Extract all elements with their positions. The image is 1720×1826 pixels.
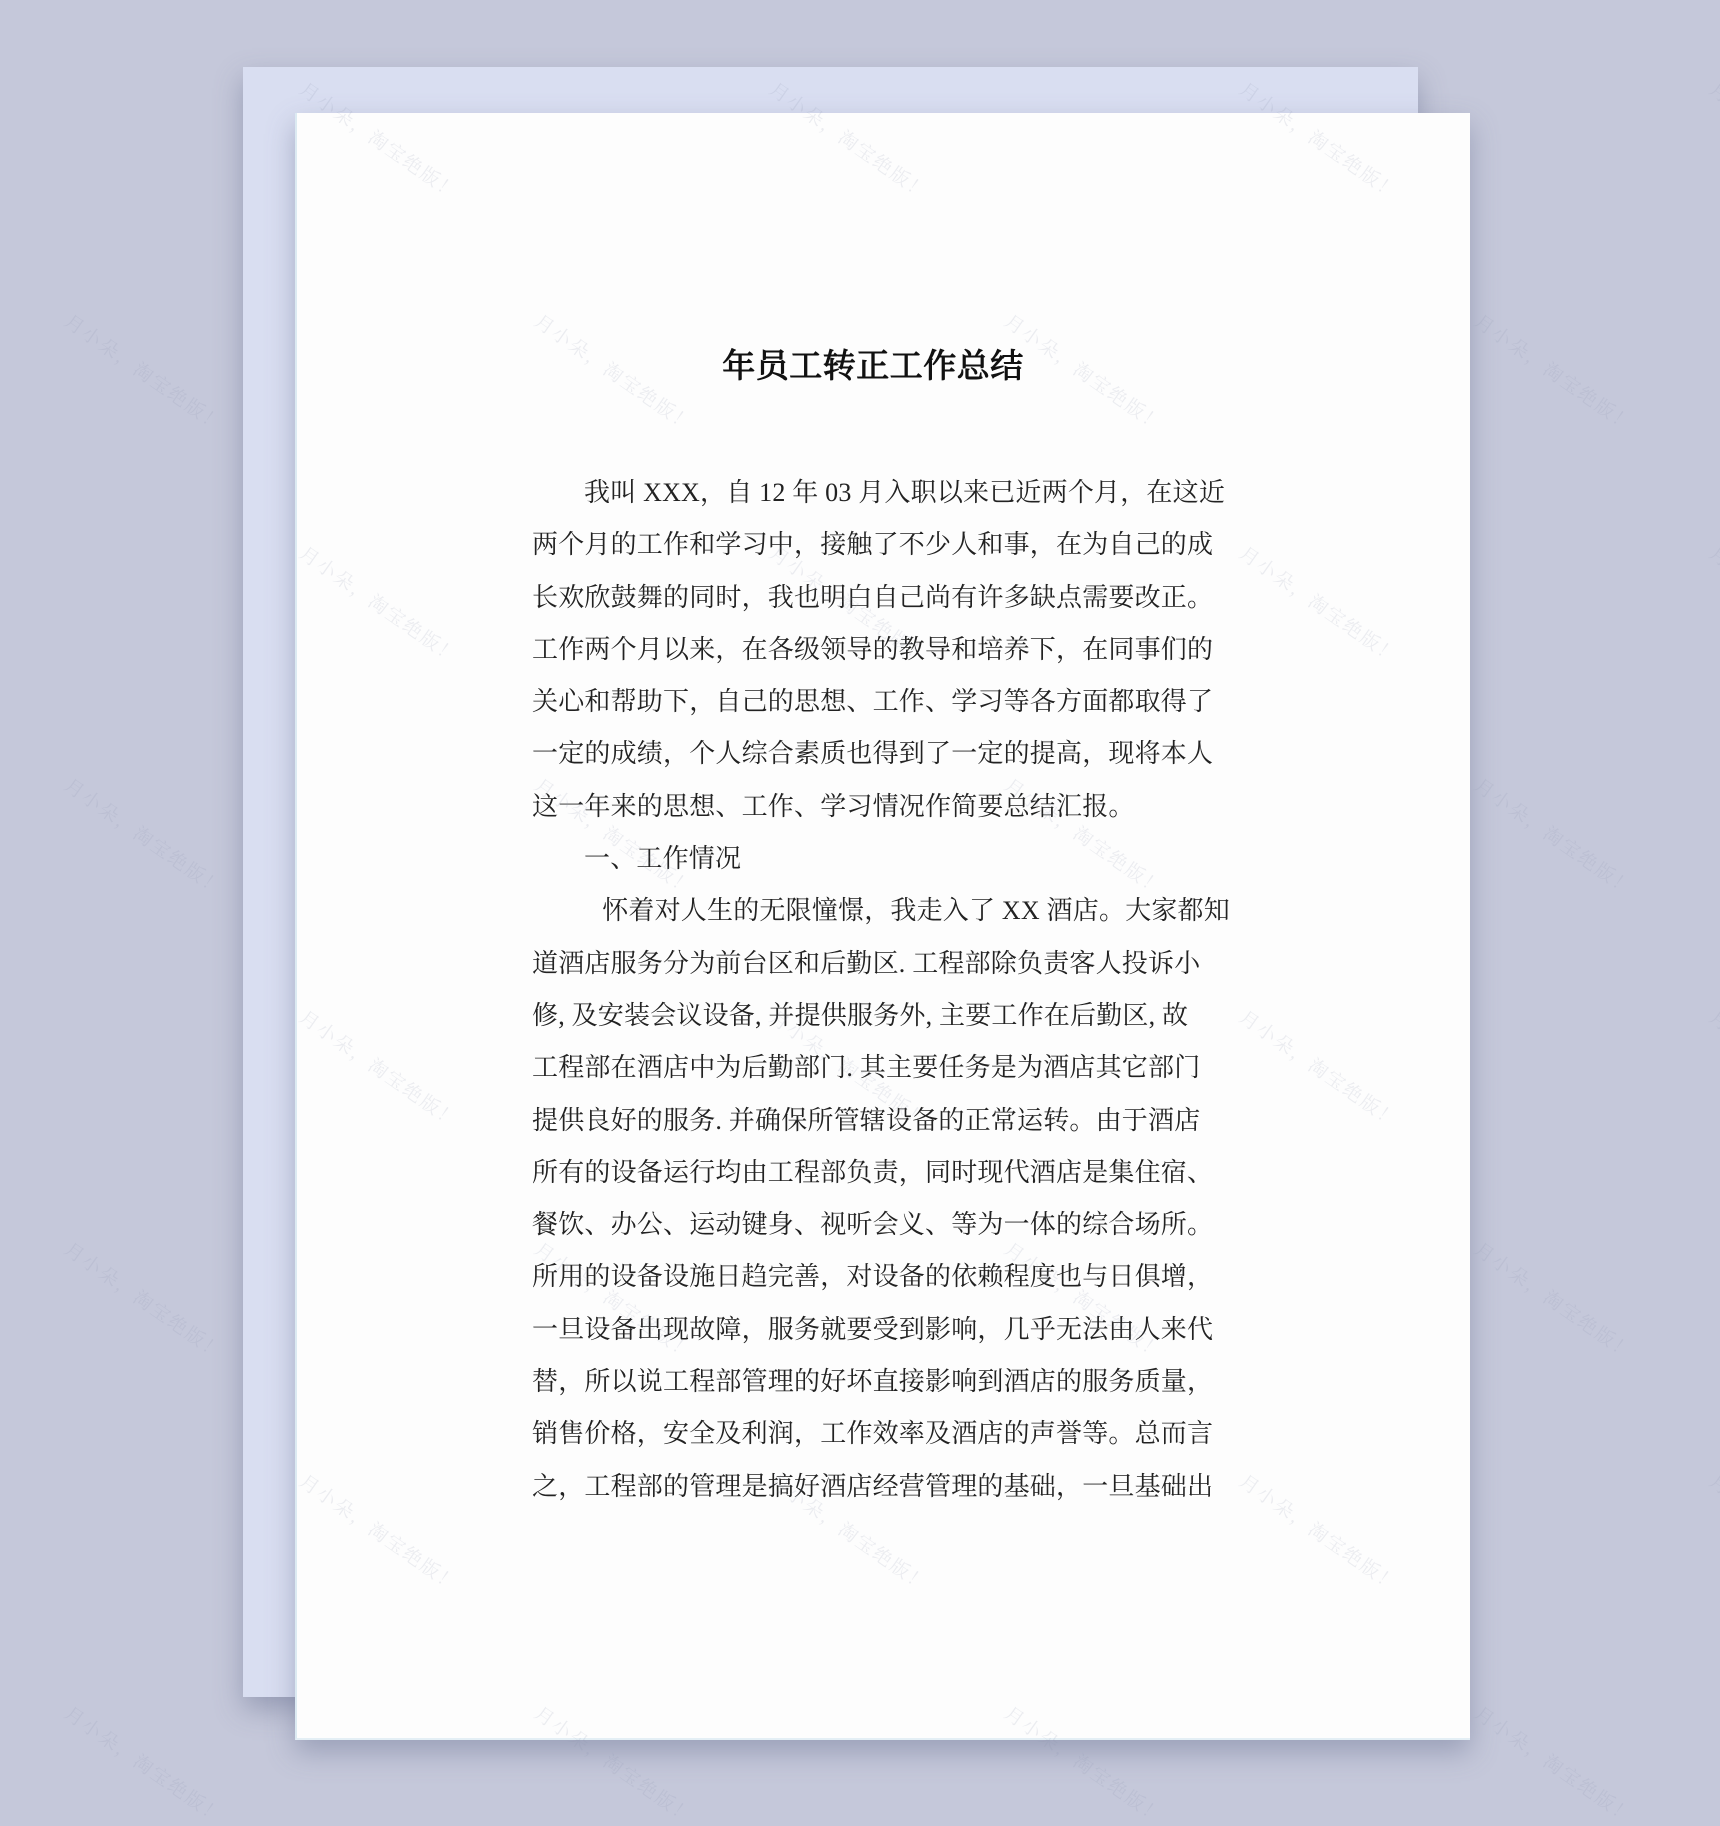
body-line: 替，所以说工程部管理的好坏直接影响到酒店的服务质量，: [532, 1356, 1218, 1408]
document-body: 我叫 XXX，自 12 年 03 月入职以来已近两个月，在这近两个月的工作和学习…: [532, 467, 1218, 1513]
body-line: 工作两个月以来，在各级领导的教导和培养下，在同事们的: [532, 624, 1218, 676]
watermark-text: 月小朵，淘宝绝版！: [60, 1235, 230, 1366]
watermark-text: 月小朵，淘宝绝版！: [1705, 1003, 1720, 1134]
body-line: 关心和帮助下，自己的思想、工作、学习等各方面都取得了: [532, 676, 1218, 728]
body-line: 工程部在酒店中为后勤部门. 其主要任务是为酒店其它部门: [532, 1042, 1218, 1094]
body-line: 一旦设备出现故障，服务就要受到影响，几乎无法由人来代: [532, 1304, 1218, 1356]
watermark-text: 月小朵，淘宝绝版！: [1470, 771, 1640, 902]
document-title: 年员工转正工作总结: [532, 346, 1214, 386]
body-line: 之，工程部的管理是搞好酒店经营管理的基础，一旦基础出: [532, 1461, 1218, 1513]
watermark-text: 月小朵，淘宝绝版！: [1705, 75, 1720, 206]
body-line: 两个月的工作和学习中，接触了不少人和事，在为自己的成: [532, 519, 1218, 571]
body-line: 道酒店服务分为前台区和后勤区. 工程部除负责客人投诉小: [532, 938, 1218, 990]
body-line: 提供良好的服务. 并确保所管辖设备的正常运转。由于酒店: [532, 1095, 1218, 1147]
body-line: 所有的设备运行均由工程部负责，同时现代酒店是集住宿、: [532, 1147, 1218, 1199]
watermark-text: 月小朵，淘宝绝版！: [60, 771, 230, 902]
body-line: 一定的成绩，个人综合素质也得到了一定的提高，现将本人: [532, 728, 1218, 780]
body-line: 修, 及安装会议设备, 并提供服务外, 主要工作在后勤区, 故: [532, 990, 1218, 1042]
watermark-text: 月小朵，淘宝绝版！: [1705, 539, 1720, 670]
body-line: 长欢欣鼓舞的同时，我也明白自己尚有许多缺点需要改正。: [532, 572, 1218, 624]
watermark-text: 月小朵，淘宝绝版！: [1470, 1699, 1640, 1826]
body-line: 这一年来的思想、工作、学习情况作简要总结汇报。: [532, 781, 1218, 833]
watermark-text: 月小朵，淘宝绝版！: [1470, 1235, 1640, 1366]
body-line: 一、工作情况: [532, 833, 1218, 885]
watermark-text: 月小朵，淘宝绝版！: [60, 1699, 230, 1826]
body-line: 销售价格，安全及利润，工作效率及酒店的声誉等。总而言: [532, 1408, 1218, 1460]
watermark-text: 月小朵，淘宝绝版！: [1705, 1467, 1720, 1598]
body-line: 餐饮、办公、运动键身、视听会义、等为一体的综合场所。: [532, 1199, 1218, 1251]
body-line: 我叫 XXX，自 12 年 03 月入职以来已近两个月，在这近: [532, 467, 1218, 519]
preview-background: { "document": { "title": "年员工转正工作总结", "b…: [0, 0, 1720, 1826]
body-line: 所用的设备设施日趋完善，对设备的依赖程度也与日俱增，: [532, 1251, 1218, 1303]
document-page: 年员工转正工作总结 我叫 XXX，自 12 年 03 月入职以来已近两个月，在这…: [295, 113, 1470, 1740]
body-line: 怀着对人生的无限憧憬，我走入了 XX 酒店。大家都知: [532, 885, 1218, 937]
watermark-text: 月小朵，淘宝绝版！: [1470, 307, 1640, 438]
watermark-text: 月小朵，淘宝绝版！: [60, 307, 230, 438]
